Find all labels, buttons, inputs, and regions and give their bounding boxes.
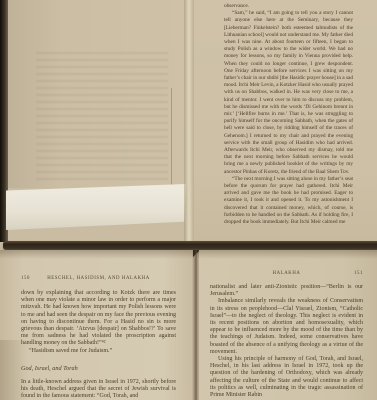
recto-page-151: HALAKHA 151 nationalist and later anti-Z… [199,250,377,400]
page-fold-line [171,88,172,188]
body-text: down by explaining that according to Kot… [21,290,176,400]
recto-text-page: observance. “Sam,” he said, “I am going … [194,0,377,242]
page-corner-shade [0,340,30,400]
page-header: HALAKHA 151 [210,271,363,279]
book-photo: observance. “Sam,” he said, “I am going … [0,0,377,400]
running-head: HALAKHA [210,271,363,276]
bleedthrough-text [36,52,168,184]
section-heading: God, Israel, and Torah [21,365,176,372]
page-paragraph: In a little-known address given in Israe… [21,379,176,400]
running-head: HESCHEL, HASIDISM, AND HALAKHA [21,276,176,281]
body-text: nationalist and later anti-Zionistic pos… [210,284,363,399]
page-paragraph: “The next morning I was sitting alone in… [224,176,353,226]
top-spread: observance. “Sam,” he said, “I am going … [0,0,377,242]
page-paragraph: Imbalance similarly reveals the weakness… [210,298,363,356]
page-number: 150 [21,276,30,281]
page-edge-stack [6,184,186,230]
page-paragraph: down by explaining that according to Kot… [21,290,176,348]
body-text: observance. “Sam,” he said, “I am going … [224,3,353,226]
bottom-spread: 150 HESCHEL, HASIDISM, AND HALAKHA down … [0,250,377,400]
page-paragraph: Using his principle of harmony of God, T… [210,356,363,399]
blank-verso-page [8,0,190,188]
verso-page-150: 150 HESCHEL, HASIDISM, AND HALAKHA down … [0,250,193,400]
page-number: 151 [354,271,363,276]
divider-drop-shadow [0,250,377,259]
pages-divider-shadow [3,241,377,250]
page-paragraph: “Hasidism saved me for Judaism.” [21,348,176,355]
page-paragraph: “Sam,” he said, “I am going to tell you … [224,10,353,176]
page-paragraph: nationalist and later anti-Zionistic pos… [210,284,363,298]
page-header: 150 HESCHEL, HASIDISM, AND HALAKHA [21,276,176,284]
